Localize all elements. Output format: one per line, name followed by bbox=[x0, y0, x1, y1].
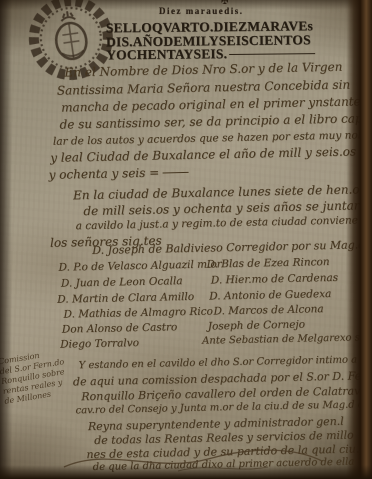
attendee-name: D. Blas de Ezea Rincon bbox=[206, 256, 329, 271]
manuscript-line: En el Nombre de Dios Nro S.or y de la Vi… bbox=[64, 60, 342, 80]
attendee-name: D. Mathias de Almagro Rico bbox=[63, 305, 213, 320]
attendee-name: D. Marcos de Alcona bbox=[213, 303, 323, 317]
book-binding-edge bbox=[346, 0, 372, 479]
attendee-name: Don Alonso de Castro bbox=[62, 321, 178, 335]
attendee-name: D. Juan de Leon Ocalla bbox=[61, 275, 183, 290]
page-edge-top bbox=[0, 0, 372, 10]
page-edge-left bbox=[0, 0, 12, 479]
attendee-name: D. Hier.mo de Cardenas bbox=[211, 272, 338, 287]
attendee-name: D. Antonio de Guedexa bbox=[209, 288, 331, 303]
attendee-name: D. Martin de Clara Amillo bbox=[57, 291, 194, 306]
manuscript-line: de su santissimo ser, se da principio a … bbox=[59, 111, 372, 132]
manuscript-line: y ochenta y seis = bbox=[48, 165, 188, 182]
attendee-name: Diego Torralvo bbox=[60, 337, 139, 351]
manuscript-photo: ✠ Diez marauedis. SELLOQVARTO.DIEZMARAVE… bbox=[0, 0, 372, 479]
line-filler-dash bbox=[162, 172, 188, 174]
manuscript-body: En el Nombre de Dios Nro S.or y de la Vi… bbox=[0, 0, 372, 479]
manuscript-line: y leal Ciudad de Buxalance el año de mil… bbox=[50, 144, 356, 164]
manuscript-line: Y estando en el cavildo el dho S.or Corr… bbox=[79, 354, 372, 372]
page-edge-bottom bbox=[0, 465, 372, 479]
attendee-name: Joseph de Cornejo bbox=[208, 319, 305, 333]
attendee-name: D. P.o de Velasco Alguazil m.or bbox=[58, 258, 221, 273]
